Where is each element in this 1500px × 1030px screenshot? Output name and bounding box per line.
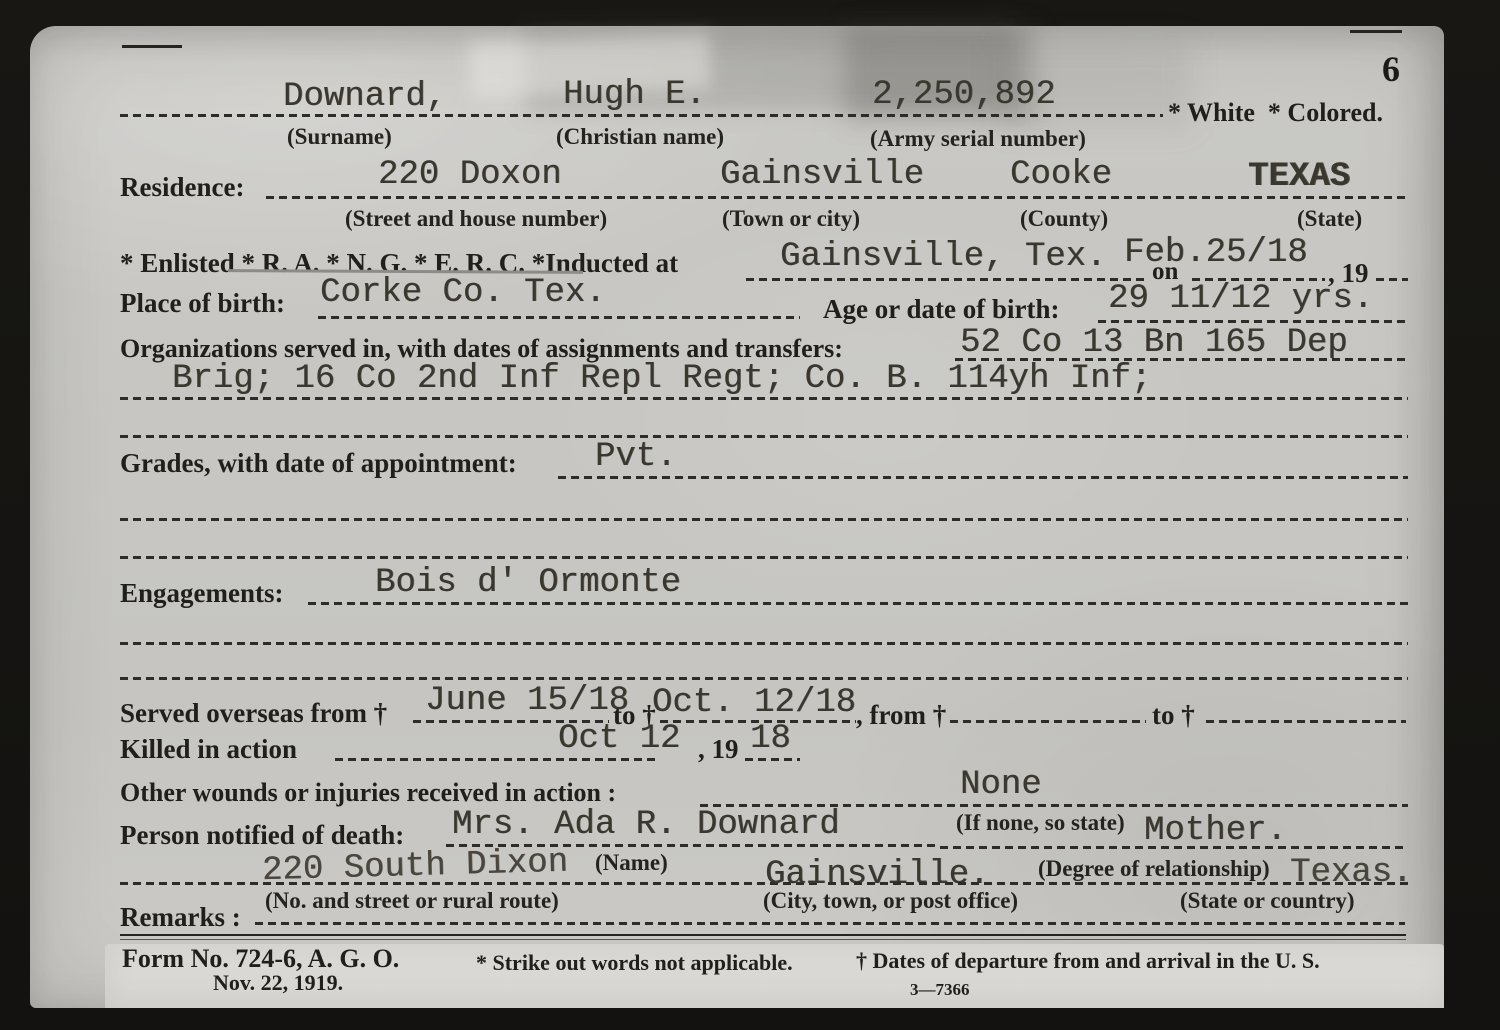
relationship-label: (Degree of relationship) bbox=[1038, 856, 1270, 881]
residence-street-value: 220 Doxon bbox=[378, 158, 562, 192]
residence-street-label: (Street and house number) bbox=[345, 206, 607, 231]
killed-year-value: 18 bbox=[750, 722, 791, 756]
blank-rule-5 bbox=[120, 677, 1408, 680]
residence-state-label: (State) bbox=[1297, 206, 1362, 231]
notified-name-value: Mrs. Ada R. Downard bbox=[452, 808, 840, 842]
birth-place-value: Corke Co. Tex. bbox=[320, 276, 606, 310]
notified-street-label: (No. and street or rural route) bbox=[265, 888, 559, 913]
notified-city-label: (City, town, or post office) bbox=[763, 888, 1018, 913]
relationship-rule bbox=[940, 846, 1408, 849]
wounds-value: None bbox=[960, 768, 1042, 802]
overseas-from2-label: , from † bbox=[856, 700, 946, 731]
notified-state-value: Texas. bbox=[1290, 856, 1412, 890]
enlistment-place-line bbox=[746, 278, 1148, 281]
serial-number-label: (Army serial number) bbox=[870, 126, 1086, 151]
organizations-line2-rule bbox=[120, 397, 1408, 400]
scanned-document: 6 Downard, Hugh E. 2,250,892 (Surname) (… bbox=[0, 0, 1500, 1030]
grades-value: Pvt. bbox=[595, 440, 677, 474]
race-options: * White * Colored. bbox=[1168, 98, 1383, 128]
residence-town-label: (Town or city) bbox=[722, 206, 860, 231]
killed-label: Killed in action bbox=[120, 734, 297, 765]
blank-rule-3 bbox=[120, 556, 1408, 559]
bottom-rule-2 bbox=[120, 939, 1406, 940]
overseas-from-label: Served overseas from † bbox=[120, 698, 387, 729]
age-value: 29 11/12 yrs. bbox=[1108, 282, 1373, 316]
killed-year-prefix: , 19 bbox=[698, 734, 739, 765]
grades-label: Grades, with date of appointment: bbox=[120, 448, 517, 479]
form-date: Nov. 22, 1919. bbox=[213, 970, 343, 995]
organizations-line1-value: 52 Co 13 Bn 165 Dep bbox=[960, 326, 1348, 360]
bottom-rule-1 bbox=[120, 934, 1406, 936]
blank-rule-1 bbox=[120, 435, 1408, 438]
serial-number-value: 2,250,892 bbox=[872, 78, 1056, 112]
overseas-to-value: Oct. 12/18 bbox=[652, 686, 856, 720]
overseas-to2-rule bbox=[1206, 720, 1406, 723]
killed-rule bbox=[335, 758, 657, 761]
residence-town-value: Gainsville bbox=[720, 158, 924, 192]
relationship-value: Mother. bbox=[1144, 814, 1287, 848]
christian-name-value: Hugh E. bbox=[563, 78, 706, 112]
birth-place-line bbox=[318, 316, 800, 319]
notified-city-value: Gainsville. bbox=[765, 858, 989, 892]
killed-date-value: Oct 12 bbox=[558, 722, 680, 756]
birth-place-label: Place of birth: bbox=[120, 288, 285, 319]
notified-street-rule bbox=[120, 882, 820, 885]
remarks-rule bbox=[255, 922, 1405, 925]
engagements-label: Engagements: bbox=[120, 578, 284, 609]
engagements-rule bbox=[308, 602, 1408, 605]
top-left-rule bbox=[122, 45, 182, 48]
name-row-line bbox=[120, 114, 1163, 117]
christian-name-label: (Christian name) bbox=[556, 124, 724, 149]
overseas-to2-label: to † bbox=[1152, 700, 1195, 731]
wounds-note-label: (If none, so state) bbox=[956, 810, 1125, 835]
dagger-note: † Dates of departure from and arrival in… bbox=[856, 948, 1320, 973]
residence-county-value: Cooke bbox=[1010, 158, 1112, 192]
surname-value: Downard, bbox=[283, 80, 446, 114]
residence-county-label: (County) bbox=[1020, 206, 1108, 231]
grades-rule bbox=[558, 476, 1408, 479]
print-code: 3—7366 bbox=[910, 980, 970, 1000]
overseas-from-value: June 15/18 bbox=[425, 684, 629, 718]
blank-rule-4 bbox=[120, 642, 1408, 645]
remarks-label: Remarks : bbox=[120, 902, 241, 933]
enlistment-year-line bbox=[1376, 278, 1408, 281]
blank-rule-2 bbox=[120, 518, 1408, 521]
age-line bbox=[1098, 320, 1408, 323]
residence-state-value: TEXAS bbox=[1248, 160, 1350, 194]
residence-label: Residence: bbox=[120, 172, 244, 203]
page-number: 6 bbox=[1382, 48, 1400, 90]
surname-label: (Surname) bbox=[287, 124, 392, 149]
top-right-rule bbox=[1350, 30, 1402, 33]
killed-year-rule bbox=[745, 758, 800, 761]
overseas-from2-rule bbox=[950, 720, 1146, 723]
organizations-line2-value: Brig; 16 Co 2nd Inf Repl Regt; Co. B. 11… bbox=[172, 362, 1151, 396]
engagements-value: Bois d' Ormonte bbox=[375, 566, 681, 600]
wounds-label: Other wounds or injuries received in act… bbox=[120, 778, 616, 808]
notified-state-label: (State or country) bbox=[1180, 888, 1355, 913]
enlistment-place-value: Gainsville, Tex. bbox=[780, 240, 1106, 274]
residence-row-line bbox=[266, 196, 1408, 199]
strike-note: * Strike out words not applicable. bbox=[476, 950, 793, 975]
notified-label: Person notified of death: bbox=[120, 820, 404, 851]
notified-name-label: (Name) bbox=[595, 850, 668, 875]
age-label: Age or date of birth: bbox=[823, 294, 1059, 325]
